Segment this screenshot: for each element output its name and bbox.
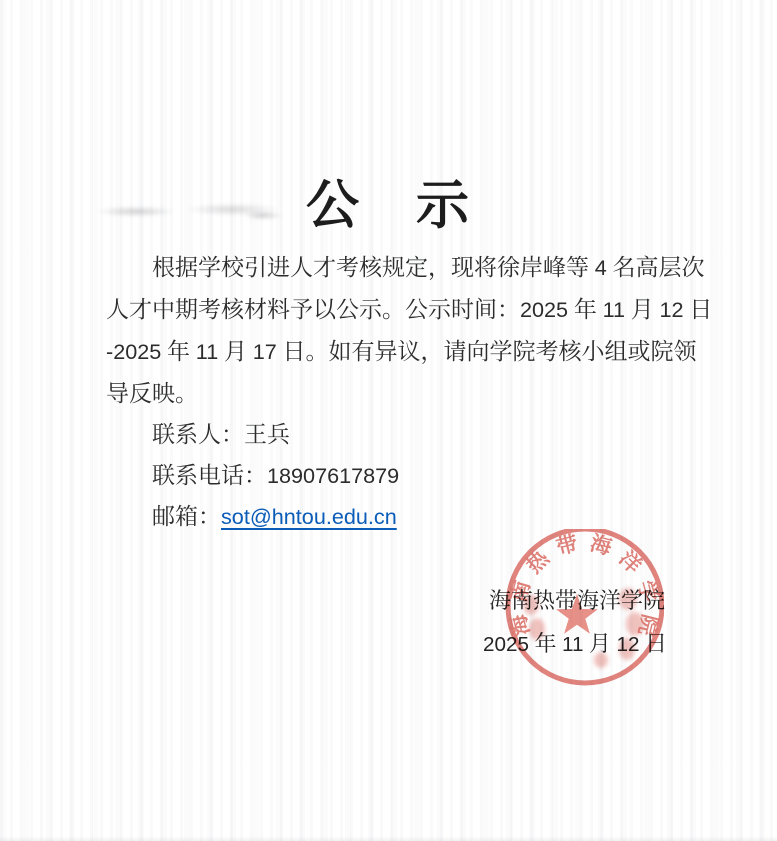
text-run: 年 — [529, 631, 562, 656]
contact-block: 联系人：王兵 联系电话：18907617879 邮箱：sot@hntou.edu… — [152, 414, 399, 537]
text-run: 17 — [253, 339, 277, 364]
text-run: 12 — [660, 297, 684, 322]
text-run: 根据学校引进人才考核规定，现将徐岸峰等 — [152, 255, 595, 280]
text-run: 日 — [640, 631, 668, 656]
text-run: 人才中期考核材料予以公示。公示时间： — [106, 297, 520, 322]
text-run: 年 — [568, 297, 603, 322]
text-run: 日 — [684, 297, 713, 322]
contact-phone-line: 联系电话：18907617879 — [152, 455, 399, 496]
signature-date: 2025 年 11 月 12 日 — [483, 631, 667, 658]
text-run: 11 — [562, 633, 583, 656]
document-title: 公 示 — [0, 177, 777, 235]
text-run: 12 — [617, 633, 640, 656]
paragraph-line: 导反映。 — [106, 373, 672, 415]
text-run: 11 — [196, 339, 218, 364]
text-run: 2025 — [520, 297, 568, 322]
text-run: 邮箱： — [152, 504, 221, 529]
seal-arc-text: 海南热带海洋学院 — [506, 531, 663, 638]
text-run: 导反映。 — [106, 381, 198, 406]
announcement-paragraph: 根据学校引进人才考核规定，现将徐岸峰等 4 名高层次人才中期考核材料予以公示。公… — [106, 247, 672, 415]
signature-organization: 海南热带海洋学院 — [489, 588, 665, 614]
scan-edge-shade — [0, 836, 777, 841]
text-run: 月 — [218, 339, 253, 364]
text-run: 4 — [595, 255, 607, 280]
text-run: 联系人：王兵 — [152, 422, 290, 447]
paragraph-line: -2025 年 11 月 17 日。如有异议，请向学院考核小组或院领 — [106, 331, 672, 373]
contact-person-line: 联系人：王兵 — [152, 414, 399, 455]
text-run: 18907617879 — [267, 463, 399, 488]
seal-arc-text-element: 海南热带海洋学院 — [506, 531, 663, 638]
paragraph-line: 人才中期考核材料予以公示。公示时间：2025 年 11 月 12 日 — [106, 289, 672, 331]
text-run: 月 — [625, 297, 660, 322]
paragraph-line: 根据学校引进人才考核规定，现将徐岸峰等 4 名高层次 — [106, 247, 672, 289]
scanned-announcement-page: 公 示 根据学校引进人才考核规定，现将徐岸峰等 4 名高层次人才中期考核材料予以… — [0, 0, 777, 841]
text-run: -2025 — [106, 339, 161, 364]
text-run: 月 — [583, 631, 616, 656]
text-run: 2025 — [483, 633, 529, 656]
text-run: 日。如有异议，请向学院考核小组或院领 — [277, 339, 697, 364]
text-run: 名高层次 — [607, 255, 705, 280]
text-run: 联系电话： — [152, 463, 267, 488]
text-run: 11 — [603, 297, 625, 322]
contact-email-line: 邮箱：sot@hntou.edu.cn — [152, 496, 399, 537]
text-run: 年 — [161, 339, 196, 364]
email-link[interactable]: sot@hntou.edu.cn — [221, 504, 397, 529]
